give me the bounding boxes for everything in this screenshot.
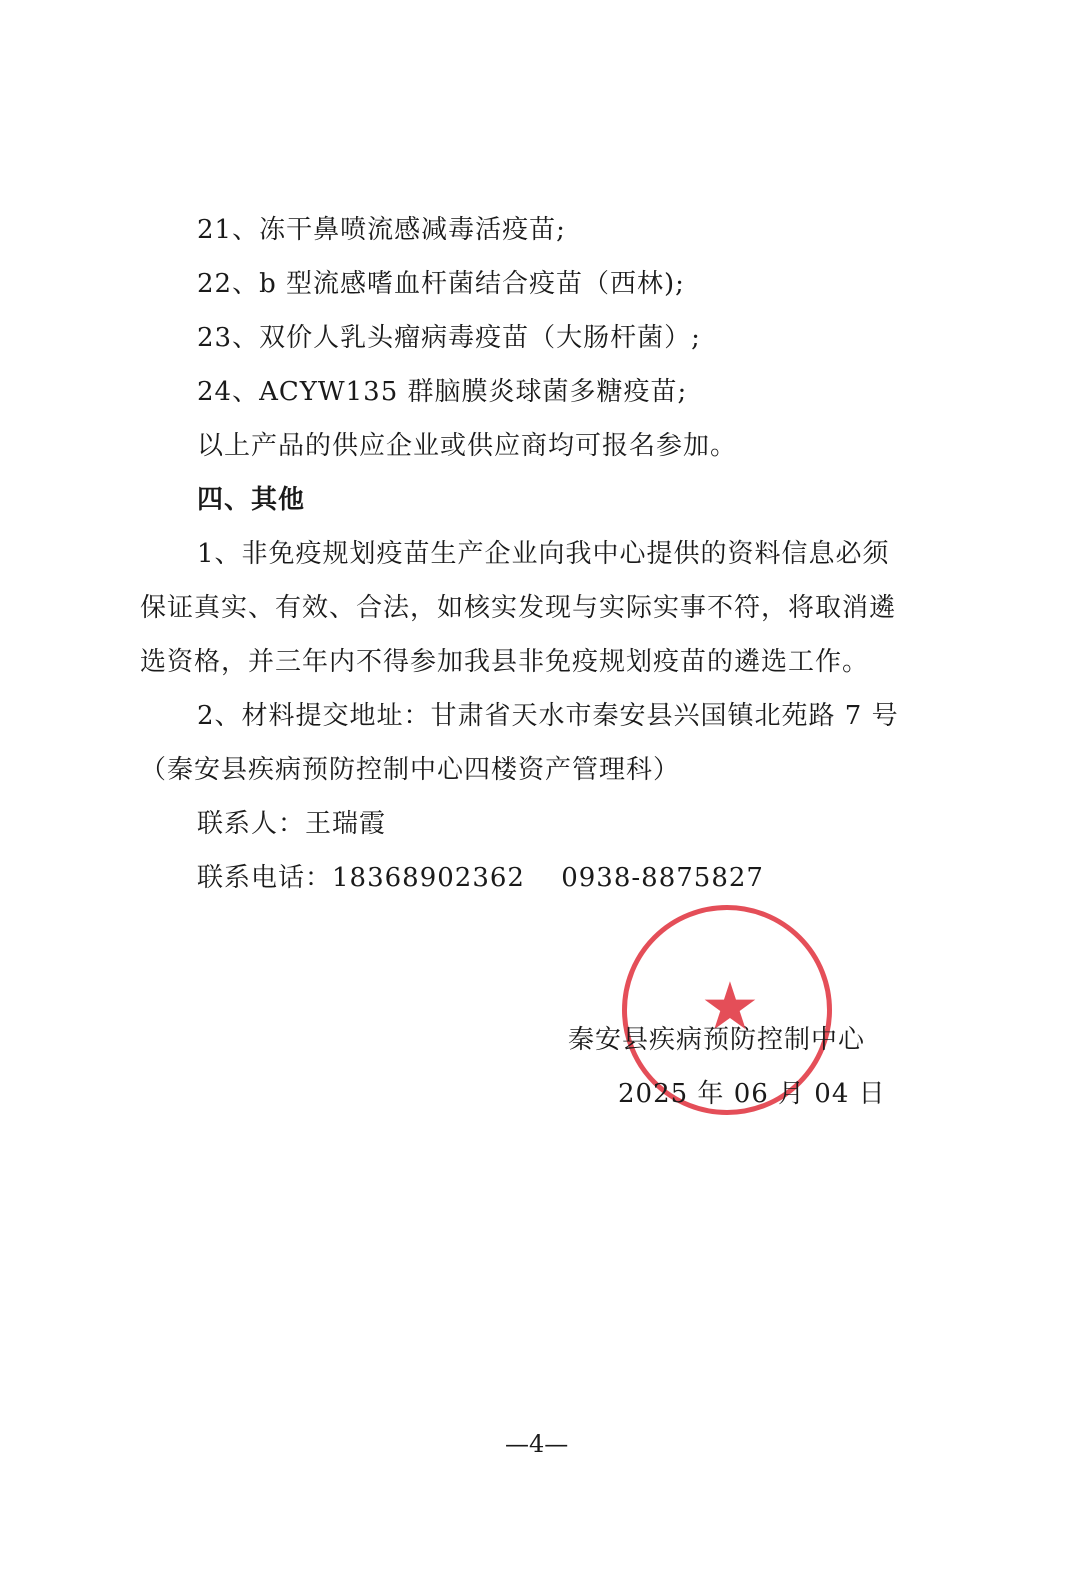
item-21: 21、冻干鼻喷流感减毒活疫苗; <box>197 214 566 246</box>
contact-phone: 联系电话：18368902362 0938-8875827 <box>197 862 764 894</box>
signature-date: 2025 年 06 月 04 日 <box>618 1078 886 1110</box>
page-number: —4— <box>505 1430 568 1458</box>
para2-line2: （秦安县疾病预防控制中心四楼资产管理科） <box>140 754 680 786</box>
para2-line1: 2、材料提交地址：甘肃省天水市秦安县兴国镇北苑路 7 号 <box>197 700 899 732</box>
section-heading: 四、其他 <box>197 484 305 516</box>
para1-line1: 1、非免疫规划疫苗生产企业向我中心提供的资料信息必须 <box>197 538 890 570</box>
item-24: 24、ACYW135 群脑膜炎球菌多糖疫苗; <box>197 376 687 408</box>
para1-line3: 选资格，并三年内不得参加我县非免疫规划疫苗的遴选工作。 <box>140 646 869 678</box>
contact-person: 联系人：王瑞霞 <box>197 808 386 840</box>
para1-line2: 保证真实、有效、合法，如核实发现与实际实事不符，将取消遴 <box>140 592 896 624</box>
item-22: 22、b 型流感嗜血杆菌结合疫苗（西林); <box>197 268 685 300</box>
summary-text: 以上产品的供应企业或供应商均可报名参加。 <box>197 430 737 462</box>
item-23: 23、双价人乳头瘤病毒疫苗（大肠杆菌）; <box>197 322 701 354</box>
signature-org: 秦安县疾病预防控制中心 <box>568 1024 865 1056</box>
